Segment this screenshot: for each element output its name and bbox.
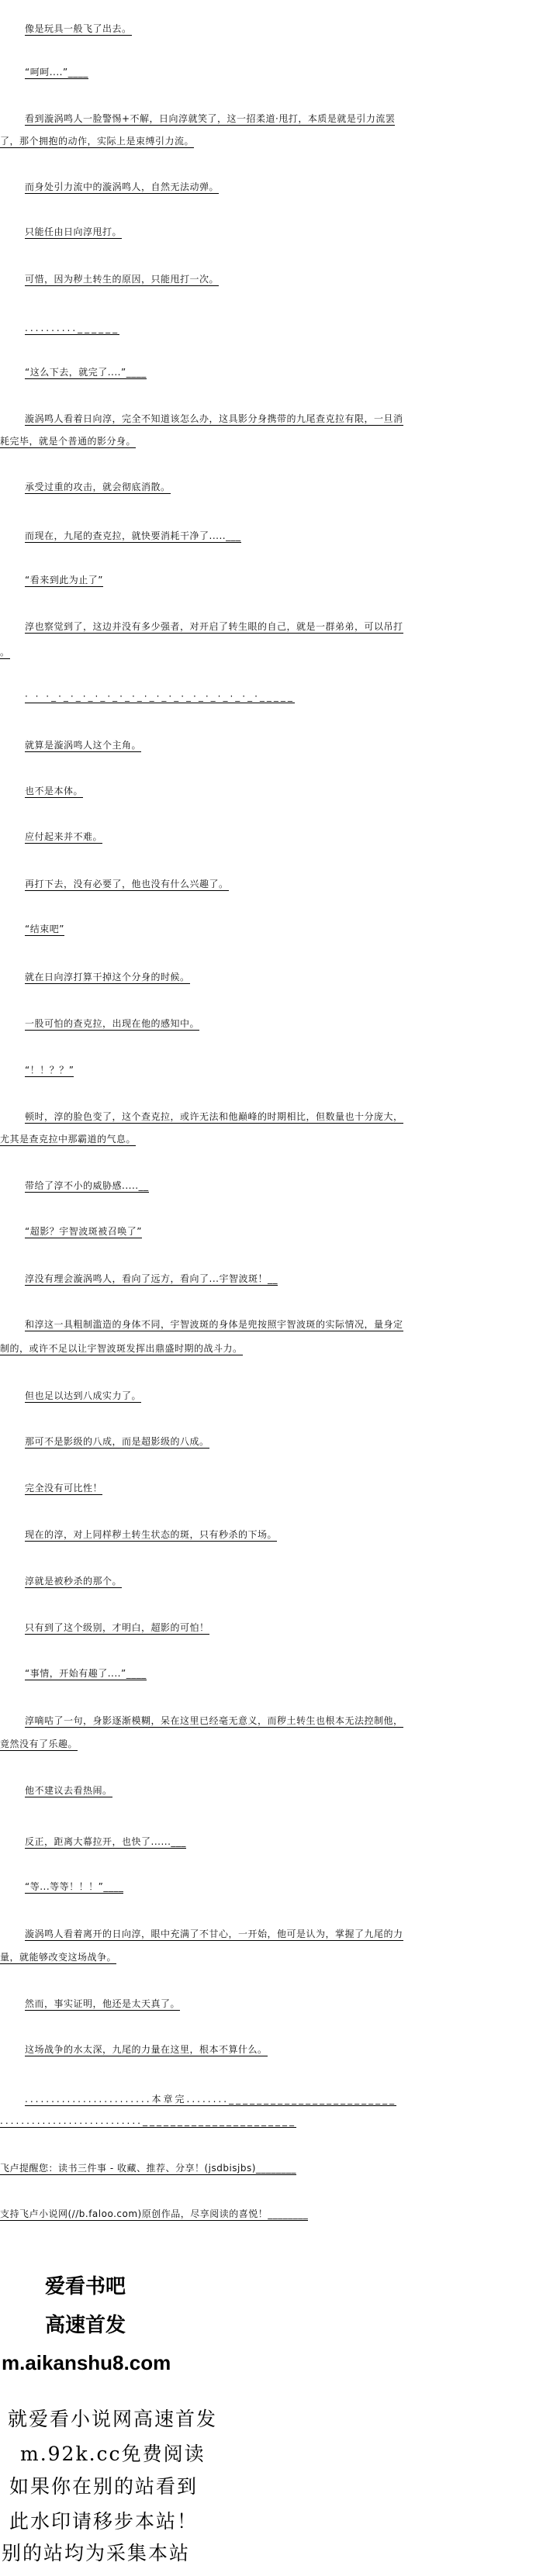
paragraph-line: “等...等等！！！”____ — [25, 1881, 123, 1894]
paragraph-line: 了，那个拥抱的动作，实际上是束缚引力流。 — [0, 136, 194, 148]
paragraph-line: 一股可怕的查克拉，出现在他的感知中。 — [25, 1018, 199, 1031]
paragraph-line: 现在的淳，对上同样秽土转生状态的斑，只有秒杀的下场。 — [25, 1529, 277, 1542]
paragraph-line: 量，就能够改变这场战争。 — [0, 1952, 116, 1964]
paragraph-line: 而现在，九尾的查克拉，就快要消耗干净了.....___ — [25, 530, 241, 543]
paragraph-line: 竟然没有了乐趣。 — [0, 1739, 78, 1751]
paragraph-line: 就算是漩涡鸣人这个主角。 — [25, 740, 141, 752]
paragraph-line: 顿时，淳的脸色变了，这个查克拉，或许无法和他巅峰的时期相比，但数量也十分庞大， — [25, 1111, 403, 1124]
paragraph-line: “结束吧” — [25, 924, 64, 936]
paragraph-line: 应付起来并不难。 — [25, 831, 102, 844]
paragraph-line: 支持飞卢小说网(//b.faloo.com)原创作品，尽享阅读的喜悦！_____… — [0, 2208, 308, 2221]
watermark-line: 别的站均为采集本站 — [2, 2542, 190, 2565]
paragraph-line: 就在日向淳打算干掉这个分身的时候。 — [25, 972, 190, 984]
paragraph-line: “！！？？” — [25, 1065, 74, 1077]
watermark-line: 此水印请移步本站！ — [9, 2510, 198, 2533]
paragraph-line: ..........______ — [25, 323, 119, 335]
paragraph-line: ........................本章完........_____… — [25, 2094, 396, 2106]
paragraph-line: 也不是本体。 — [25, 786, 83, 798]
paragraph-line: 和淳这一具粗制滥造的身体不同，宇智波斑的身体是兜按照宇智波斑的实际情况，量身定 — [25, 1319, 403, 1331]
paragraph-line: 淳嘀咕了一句，身影逐渐模糊，呆在这里已经毫无意义，而秽土转生也根本无法控制他， — [25, 1715, 403, 1728]
paragraph-line: · · ·_·_·_·_·_·_·_·_·_·_·_·_·_·_·_·_·_·_… — [25, 691, 295, 703]
paragraph-line: 但也足以达到八成实力了。 — [25, 1390, 141, 1403]
paragraph-line: 尤其是查克拉中那霸道的气息。 — [0, 1134, 136, 1146]
paragraph-line: 漩涡鸣人看着离开的日向淳，眼中充满了不甘心，一开始，他可是认为，掌握了九尾的力 — [25, 1929, 403, 1941]
watermark-line: 如果你在别的站看到 — [9, 2475, 198, 2498]
watermark-line: m.92k.cc免费阅读 — [20, 2443, 206, 2466]
paragraph-line: 制的，或许不足以让宇智波斑发挥出鼎盛时期的战斗力。 — [0, 1343, 243, 1355]
paragraph-line: 淳没有理会漩涡鸣人，看向了远方，看向了...宇智波斑！__ — [25, 1273, 278, 1286]
promo-site-name: 爱看书吧 — [45, 2274, 126, 2298]
paragraph-line: 而身处引力流中的漩涡鸣人，自然无法动弹。 — [25, 181, 219, 194]
promo-tagline: 高速首发 — [45, 2313, 126, 2336]
paragraph-line: “超影？宇智波斑被召唤了” — [25, 1226, 142, 1238]
paragraph-line: 耗完毕，就是个普通的影分身。 — [0, 436, 136, 448]
paragraph-line: 他不建议去看热闹。 — [25, 1785, 112, 1797]
paragraph-line: 看到漩涡鸣人一脸警惕+不解，日向淳就笑了，这一招柔道·甩打，本质是就是引力流罢 — [25, 113, 395, 126]
paragraph-line: 再打下去，没有必要了，他也没有什么兴趣了。 — [25, 879, 229, 891]
paragraph-line: 承受过重的攻击，就会彻底消散。 — [25, 482, 171, 494]
promo-url: m.aikanshu8.com — [2, 2351, 171, 2374]
paragraph-line: “看来到此为止了” — [25, 575, 103, 587]
paragraph-line: 带给了淳不小的威胁感.....__ — [25, 1180, 149, 1193]
paragraph-line: ..........................._____________… — [0, 2115, 296, 2128]
paragraph-line: “呵呵....”____ — [25, 67, 88, 79]
paragraph-line: 淳就是被秒杀的那个。 — [25, 1576, 122, 1588]
paragraph-line: “这么下去，就完了....”____ — [25, 367, 147, 379]
paragraph-line: 淳也察觉到了，这边并没有多少强者，对开启了转生眼的自己，就是一群弟弟，可以吊打 — [25, 621, 403, 634]
paragraph-line: 这场战争的水太深，九尾的力量在这里，根本不算什么。 — [25, 2044, 268, 2056]
paragraph-line: 飞卢提醒您：读书三件事 - 收藏、推荐、分享！(jsdbisjbs)______… — [0, 2163, 296, 2175]
paragraph-line: 反正，距离大幕拉开，也快了......___ — [25, 1836, 186, 1849]
paragraph-line: 漩涡鸣人看着日向淳，完全不知道该怎么办，这具影分身携带的九尾查克拉有限，一旦消 — [25, 413, 403, 426]
paragraph-line: “事情，开始有趣了....”____ — [25, 1668, 147, 1680]
paragraph-line: 完全没有可比性！ — [25, 1483, 102, 1495]
paragraph-line: 。 — [0, 647, 10, 659]
paragraph-line: 像是玩具一般飞了出去。 — [25, 23, 132, 36]
paragraph-line: 然而，事实证明，他还是太天真了。 — [25, 1998, 180, 2011]
paragraph-line: 可惜，因为秽土转生的原因，只能甩打一次。 — [25, 274, 219, 286]
watermark-line: 就爱看小说网高速首发 — [8, 2408, 217, 2431]
paragraph-line: 那可不是影级的八成，而是超影级的八成。 — [25, 1436, 209, 1449]
paragraph-line: 只能任由日向淳甩打。 — [25, 226, 122, 239]
paragraph-line: 只有到了这个级别，才明白，超影的可怕！ — [25, 1622, 209, 1635]
